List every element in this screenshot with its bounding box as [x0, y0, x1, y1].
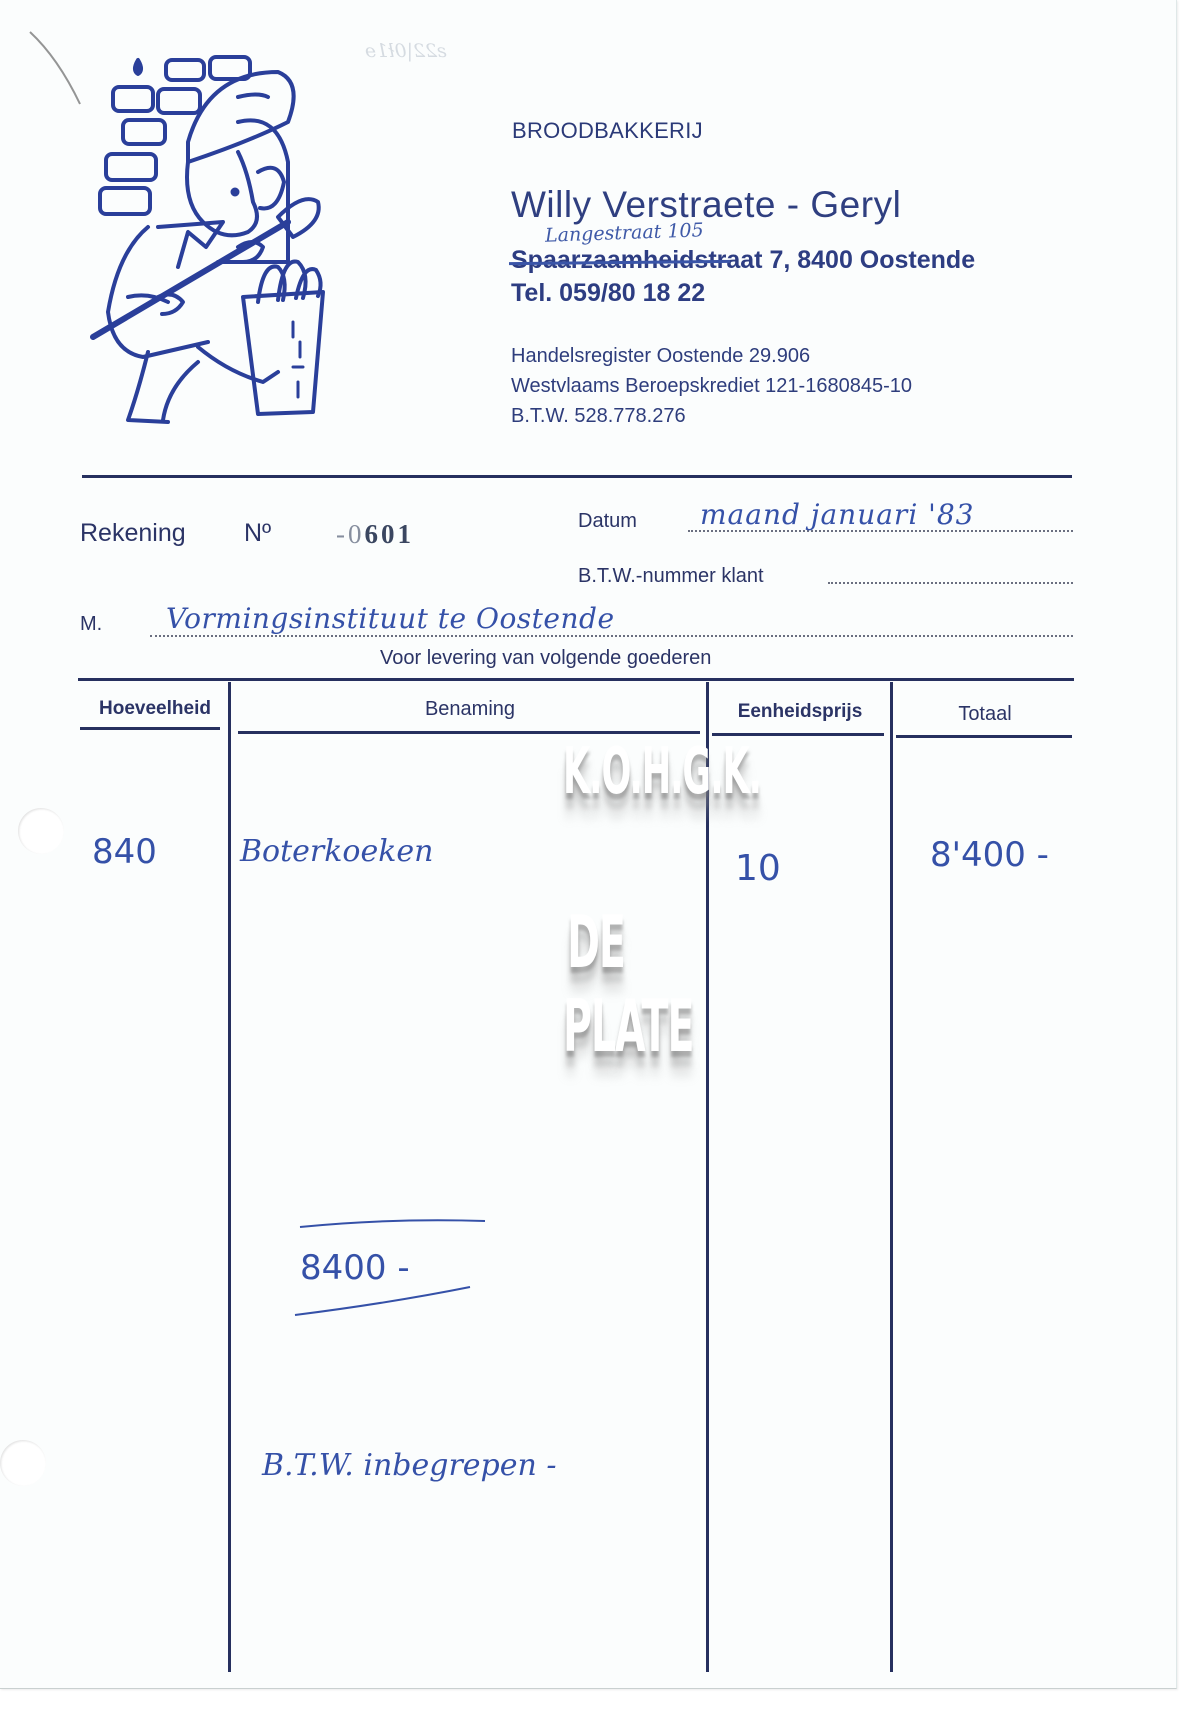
binder-hole-top [18, 808, 64, 854]
subtotal-amount: 8400 - [300, 1248, 410, 1288]
invoice-number-label: Nº [244, 519, 271, 548]
vat-number-line: B.T.W. 528.778.276 [511, 405, 686, 428]
invoice-number-value: 601 [365, 519, 415, 549]
row-total: 8'400 - [930, 835, 1049, 875]
invoice-label: Rekening [80, 519, 186, 548]
row-description: Boterkoeken [240, 834, 434, 869]
delivery-caption: Voor levering van volgende goederen [380, 647, 711, 670]
row-quantity: 840 [92, 832, 157, 872]
invoice-paper: ƨ22|0ł1ɘ [0, 0, 1177, 1689]
date-field: maand januari '83 [700, 498, 975, 531]
client-vat-field [828, 582, 1073, 584]
column-divider-1 [228, 682, 231, 1672]
bank-credit-line: Westvlaams Beroepskrediet 121-1680845-10 [511, 375, 912, 398]
bleed-through-text: ƨ22|0ł1ɘ [365, 40, 447, 62]
header-underline-name [238, 731, 700, 734]
column-divider-3 [890, 682, 893, 1672]
customer-field: Vormingsinstituut te Oostende [166, 602, 615, 635]
table-top-rule [78, 678, 1074, 681]
column-header-total: Totaal [895, 703, 1075, 726]
struck-street-name: Spaarzaamheidstr [511, 246, 726, 274]
watermark-line-2: DE PLATE [563, 900, 629, 1068]
date-label: Datum [578, 510, 637, 533]
column-header-unit-price: Eenheidsprijs [710, 701, 890, 723]
vat-included-note: B.T.W. inbegrepen - [262, 1448, 557, 1483]
baker-logo-icon [88, 52, 358, 432]
header-underline-total [896, 735, 1072, 738]
trade-title: BROODBAKKERIJ [512, 118, 703, 144]
column-header-description: Benaming [240, 698, 700, 721]
header-underline-qty [80, 727, 220, 730]
invoice-number-prefix: -0 [336, 519, 365, 549]
company-address: Spaarzaamheidstraat 7, 8400 Oostende [511, 246, 975, 275]
company-name: Willy Verstraete - Geryl [511, 184, 901, 226]
header-divider [82, 475, 1072, 478]
trade-register-line: Handelsregister Oostende 29.906 [511, 345, 810, 368]
client-vat-label: B.T.W.-nummer klant [578, 565, 764, 588]
watermark-line-1: K.O.H.G.K. [563, 735, 629, 809]
column-divider-2 [706, 682, 709, 1672]
column-header-quantity: Hoeveelheid [80, 698, 230, 720]
binder-hole-bottom [0, 1440, 46, 1486]
row-unit-price: 10 [735, 848, 781, 889]
customer-field-line [150, 635, 1073, 637]
handwritten-street-correction: Langestraat 105 [545, 219, 704, 247]
address-rest: aat 7, 8400 Oostende [726, 246, 975, 274]
customer-label: M. [80, 613, 102, 636]
company-phone: Tel. 059/80 18 22 [511, 279, 705, 308]
paper-scuff-mark [28, 28, 83, 108]
invoice-number: -0601 [336, 519, 414, 550]
